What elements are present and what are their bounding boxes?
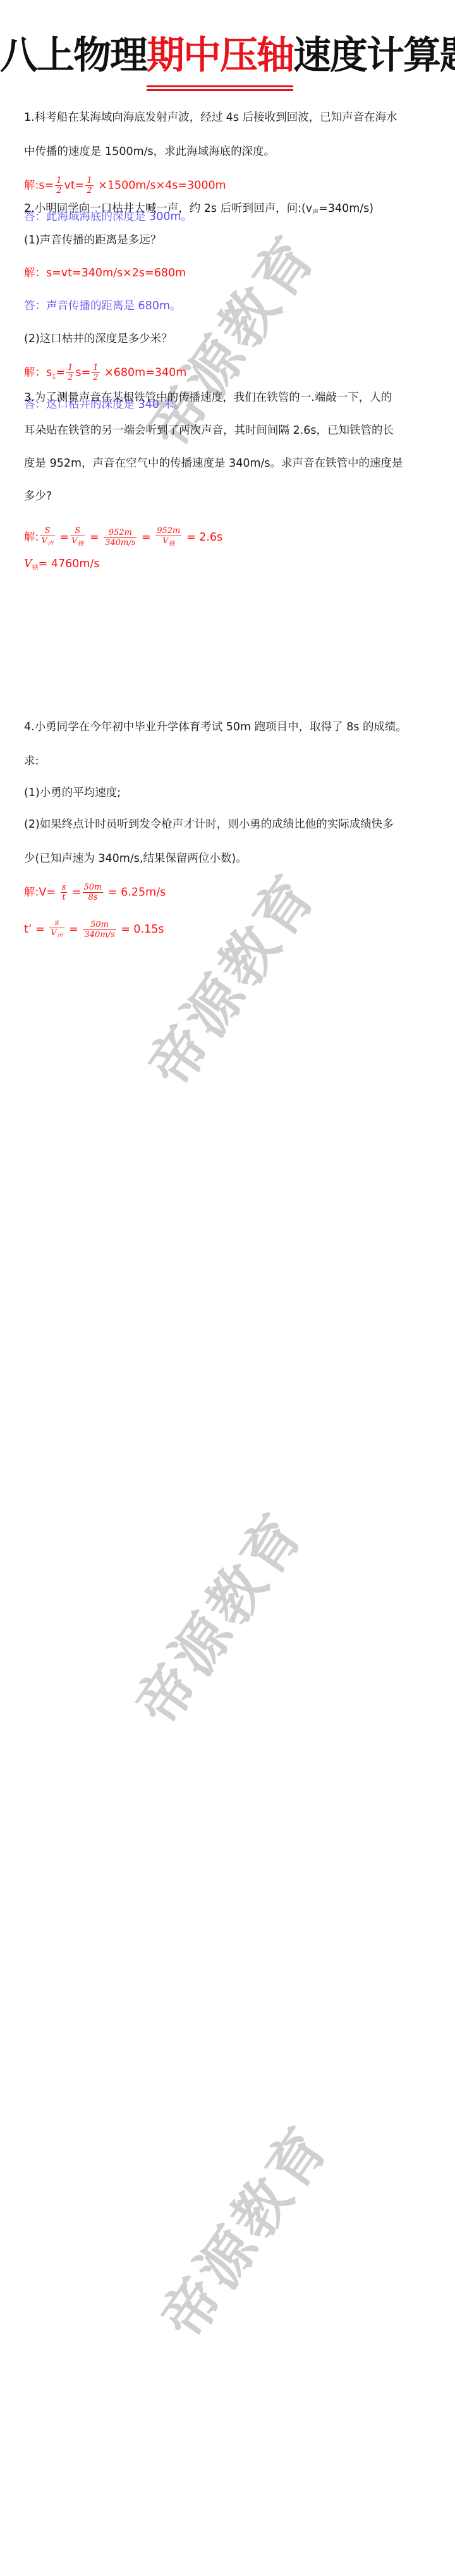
p4-sub1: (1)小勇的平均速度;	[24, 785, 436, 800]
p4-question-line2: 求:	[24, 754, 436, 769]
p4-sub2-line1: (2)如果终点计时员听到发令枪声才计时，则小勇的成绩比他的实际成绩快多	[24, 817, 436, 832]
p2-question-line1: 2.小明同学向一口枯井大喊一声，约 2s 后听到回声，问:(v声=340m/s)	[24, 201, 436, 221]
fraction: 12	[66, 363, 74, 383]
title-highlight: 期中压轴	[147, 25, 293, 80]
p3-solution2: V铁= 4760m/s	[24, 556, 436, 576]
watermark: 帝源教育	[138, 2106, 345, 2352]
p2-sub2: (2)这口枯井的深度是多少米？	[24, 331, 436, 347]
page-title: 八上物理期中压轴速度计算题	[0, 25, 455, 80]
p2-answer1: 答：声音传播的距离是 680m。	[24, 298, 436, 314]
p3-question-line3: 度是 952m，声音在空气中的传播速度是 340m/s。求声音在铁管中的速度是	[24, 456, 436, 471]
fraction: 12	[55, 176, 63, 195]
title-part1: 八上物理	[0, 34, 147, 78]
p4-solution1: 解:V= st =50m8s = 6.25m/s	[24, 883, 436, 902]
p2-solution2: 解：s1=12s=12 ×680m=340m	[24, 363, 436, 385]
fraction: 12	[85, 176, 93, 195]
title-part2: 速度计算题	[293, 34, 455, 78]
p1-solution: 解:s=12vt=12 ×1500m/s×4s=3000m	[24, 176, 436, 195]
p2-solution1: 解：s=vt=340m/s×2s=680m	[24, 266, 436, 281]
p4-sub2-line2: 少(已知声速为 340m/s,结果保留两位小数)。	[24, 851, 436, 866]
p1-question-line2: 中传播的速度是 1500m/s，求此海域海底的深度。	[24, 144, 436, 159]
p3-solution: 解:SV声 =SV铁 = 952m340m/s = 952mV铁 = 2.6s	[24, 526, 436, 549]
p4-solution2: t’ = sV声 = 50m340m/s = 0.15s	[24, 918, 436, 941]
p2-sub1: (1)声音传播的距离是多远？	[24, 233, 436, 248]
watermark: 帝源教育	[113, 1492, 320, 1738]
p3-question-line2: 耳朵贴在铁管的另一端会听到了两次声音，其时间间隔 2.6s，已知铁管的长	[24, 423, 436, 438]
p3-question-line4: 多少?	[24, 489, 436, 504]
document-page: 帝源教育 帝源教育 帝源教育 帝源教育 八上物理期中压轴速度计算题 1.科考船在…	[0, 0, 455, 2576]
p4-question-line1: 4.小勇同学在今年初中毕业升学体育考试 50m 跑项目中，取得了 8s 的成绩。	[24, 720, 436, 735]
p1-question-line1: 1.科考船在某海域向海底发射声波，经过 4s 后接收到回波，已知声音在海水	[24, 110, 436, 125]
fraction: 12	[92, 363, 99, 383]
p3-question-line1: 3.为了测量声音在某根铁管中的传播速度，我们在铁管的一.端敲一下，人的	[24, 390, 436, 405]
